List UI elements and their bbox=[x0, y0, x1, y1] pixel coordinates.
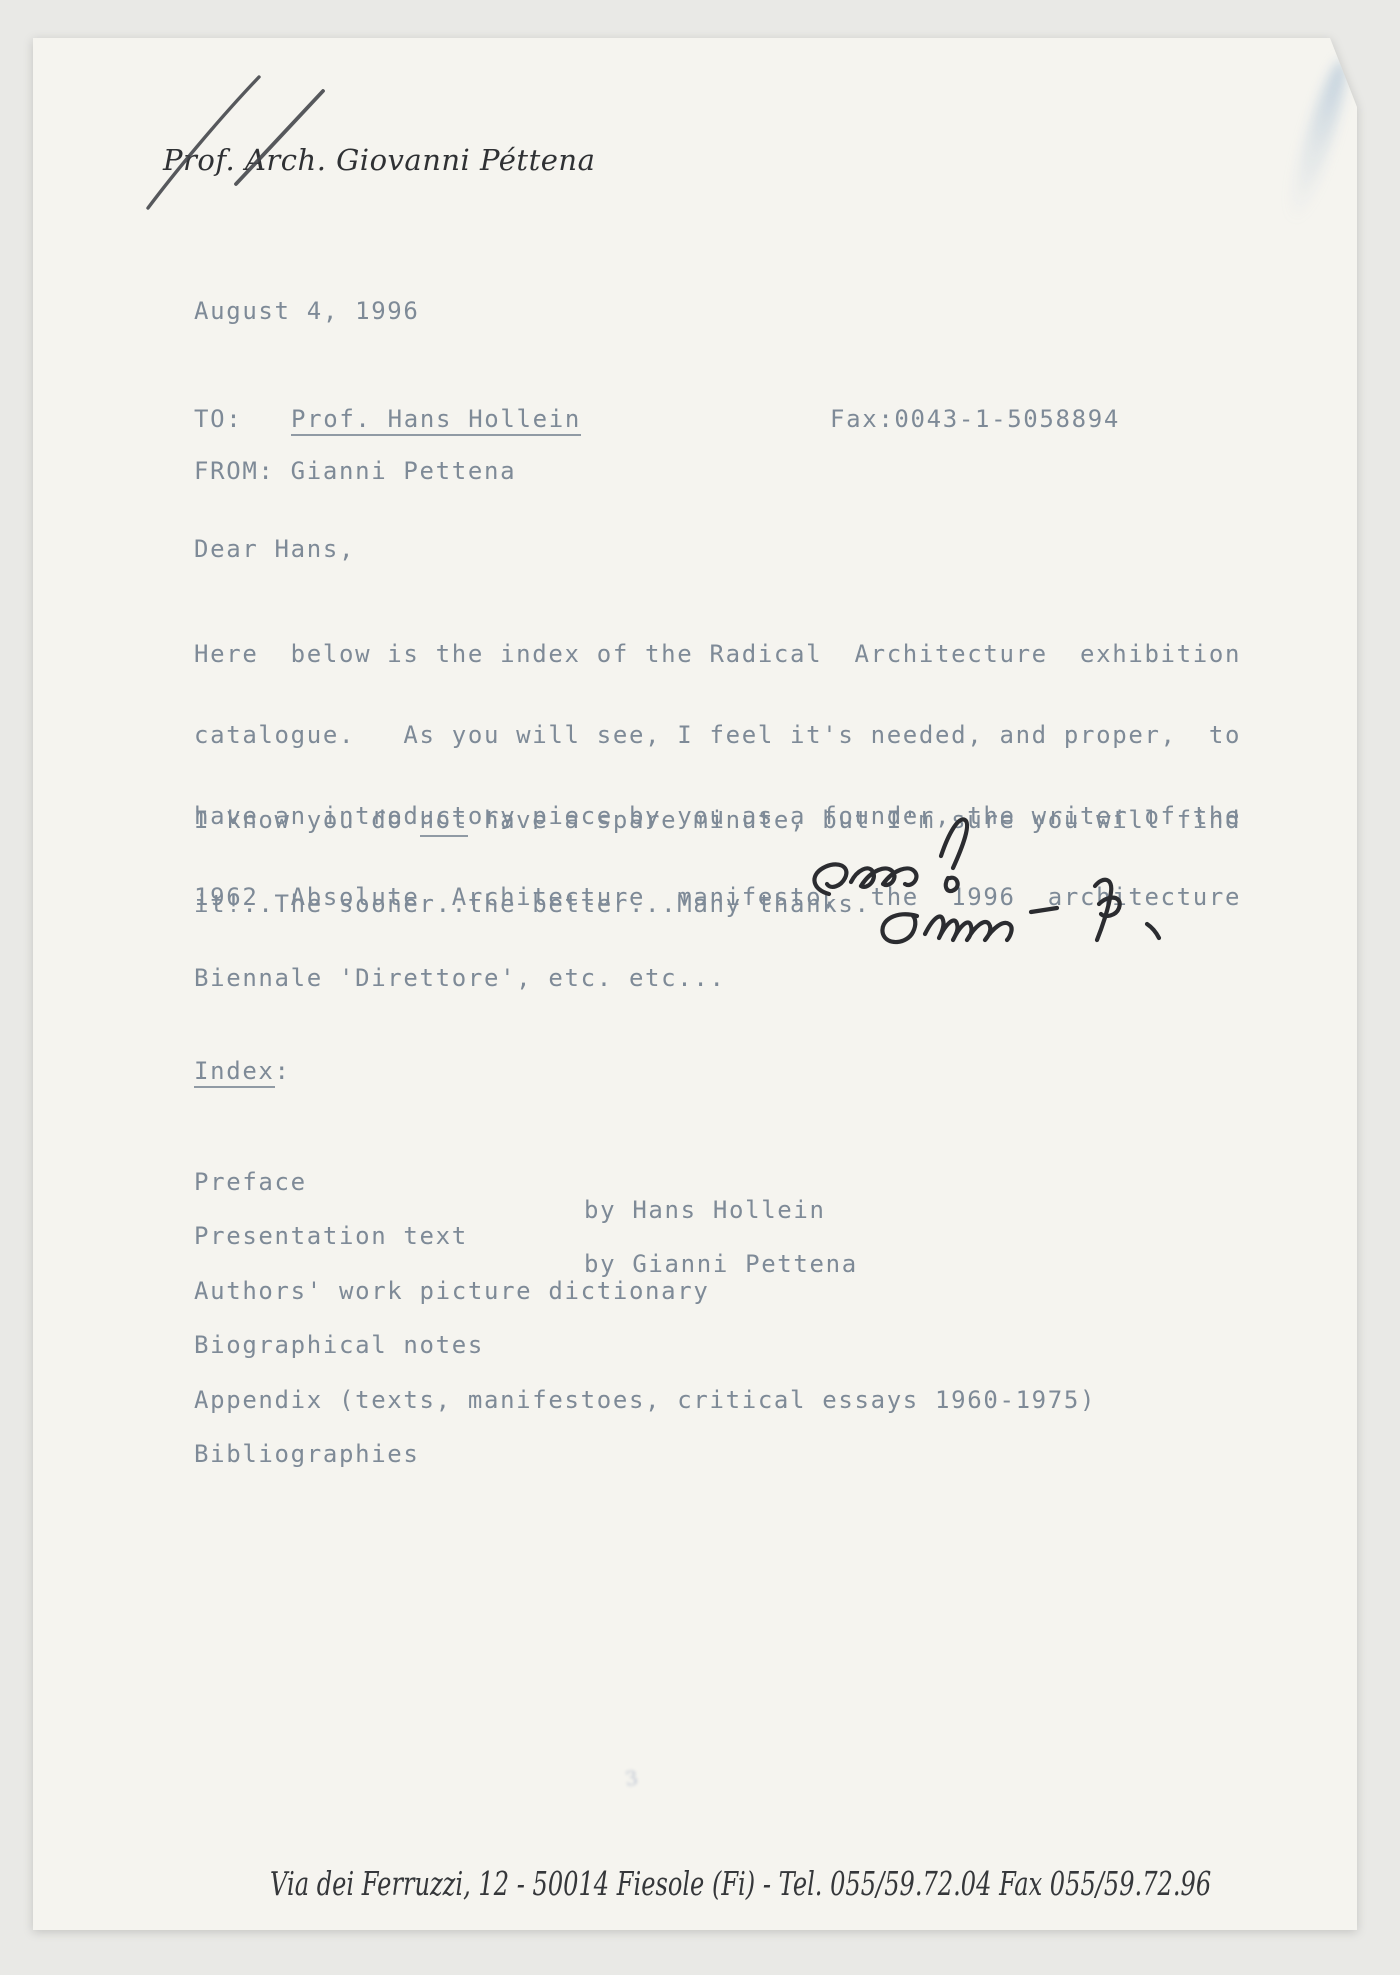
list-item: Authors' work picture dictionary bbox=[33, 1249, 1357, 1279]
index-item-title: Biographical notes bbox=[194, 1331, 484, 1359]
footer-address: Via dei Ferruzzi, 12 - 50014 Fiesole (Fi… bbox=[33, 1824, 1357, 1944]
to-line: TO: Prof. Hans Hollein Fax:0043-1-505889… bbox=[33, 405, 1357, 435]
index-item-title: Preface bbox=[194, 1168, 307, 1196]
paper: Prof. Arch. Giovanni Péttena August 4, 1… bbox=[33, 38, 1357, 1930]
index-item-title: Appendix (texts, manifestoes, critical e… bbox=[194, 1386, 1096, 1414]
salutation: Dear Hans, bbox=[194, 535, 355, 563]
fax-number: Fax:0043-1-5058894 bbox=[830, 405, 1120, 433]
footer-address-text: Via dei Ferruzzi, 12 - 50014 Fiesole (Fi… bbox=[270, 1864, 1211, 1904]
ink-smudge: 3 bbox=[624, 1765, 643, 1789]
index-heading-colon: : bbox=[275, 1057, 291, 1085]
not-underlined: not bbox=[420, 806, 468, 837]
pen-slash-marks bbox=[130, 60, 340, 220]
date: August 4, 1996 bbox=[194, 297, 420, 325]
index-item-title: Bibliographies bbox=[194, 1440, 420, 1468]
index-heading-label: Index bbox=[194, 1057, 275, 1088]
paper-shadow-wrap: Prof. Arch. Giovanni Péttena August 4, 1… bbox=[0, 0, 1400, 1975]
from-line: FROM: Gianni Pettena bbox=[194, 457, 516, 485]
index-item-title: Presentation text bbox=[194, 1222, 468, 1250]
list-item: Biographical notes bbox=[33, 1303, 1357, 1333]
to-label: TO: bbox=[194, 405, 242, 433]
corner-smudge bbox=[1281, 56, 1356, 226]
body-line: catalogue. As you will see, I feel it's … bbox=[194, 722, 1241, 749]
index-item-title: Authors' work picture dictionary bbox=[194, 1277, 710, 1305]
signature bbox=[795, 812, 1195, 962]
scan-background: { "letterhead": { "name": "Prof. Arch. G… bbox=[0, 0, 1400, 1975]
list-item: Appendix (texts, manifestoes, critical e… bbox=[33, 1358, 1357, 1388]
list-item: Preface by Hans Hollein bbox=[33, 1140, 1357, 1170]
body-line: Here below is the index of the Radical A… bbox=[194, 641, 1241, 668]
body-text: I know you do bbox=[194, 806, 420, 834]
recipient-name: Prof. Hans Hollein bbox=[291, 405, 581, 436]
list-item: Bibliographies bbox=[33, 1412, 1357, 1442]
index-heading: Index: bbox=[194, 1057, 291, 1085]
list-item: Presentation text by Gianni Pettena bbox=[33, 1194, 1357, 1224]
